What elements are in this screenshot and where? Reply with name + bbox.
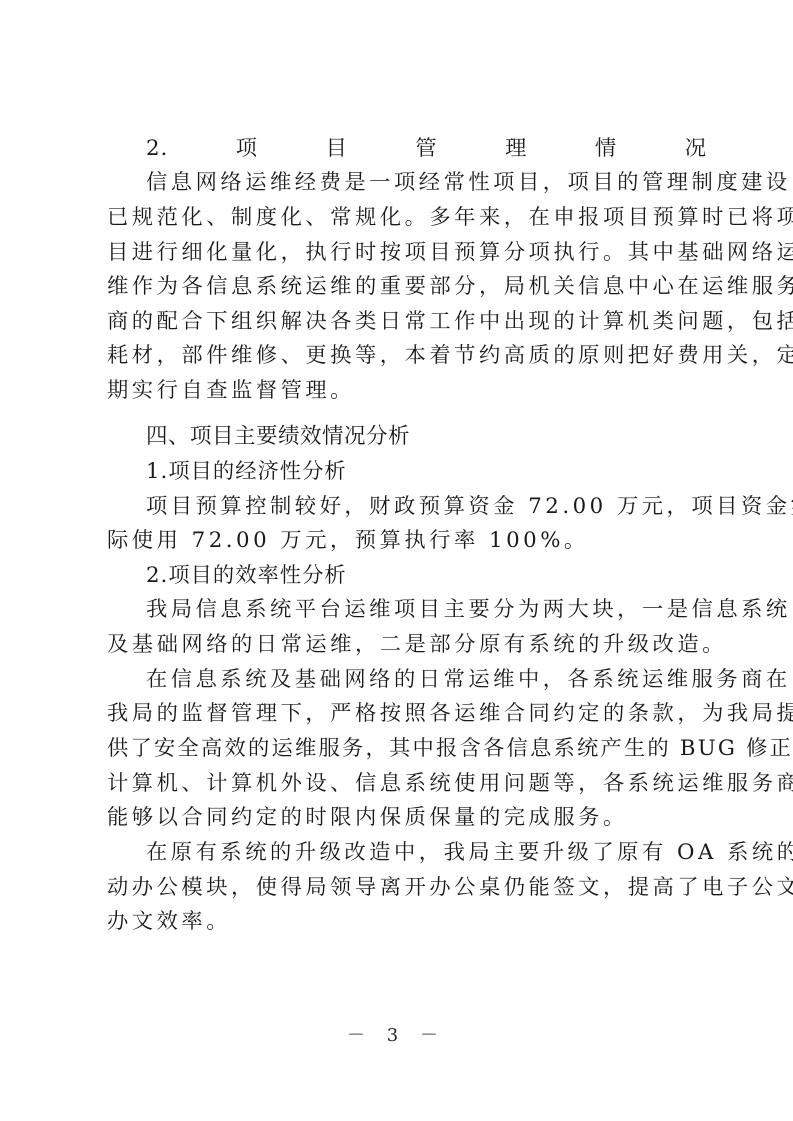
- page-number: － 3 －: [0, 1022, 793, 1050]
- paragraph-line: 目进行细化量化，执行时按项目预算分项执行。其中基础网络运: [107, 236, 707, 270]
- subsection-heading-efficiency-analysis: 2.项目的效率性分析: [146, 559, 707, 593]
- paragraph-line: 供了安全高效的运维服务，其中报含各信息系统产生的 BUG 修正、: [107, 732, 707, 766]
- paragraph-line: 耗材，部件维修、更换等，本着节约高质的原则把好费用关，定: [107, 339, 707, 373]
- chapter-heading-performance-analysis: 四、项目主要绩效情况分析: [146, 420, 707, 454]
- paragraph-line: 计算机、计算机外设、信息系统使用问题等，各系统运维服务商: [107, 767, 707, 801]
- paragraph-line: 期实行自查监督管理。: [107, 374, 707, 408]
- paragraph-line: 维作为各信息系统运维的重要部分，局机关信息中心在运维服务: [107, 270, 707, 304]
- section-heading-project-management: 2.项目管理情况: [146, 132, 707, 166]
- paragraph-line: 已规范化、制度化、常规化。多年来，在申报项目预算时已将项: [107, 201, 707, 235]
- paragraph-line: 我局信息系统平台运维项目主要分为两大块，一是信息系统: [146, 593, 707, 627]
- paragraph-line: 我局的监督管理下，严格按照各运维合同约定的条款，为我局提: [107, 697, 707, 731]
- paragraph-line: 在信息系统及基础网络的日常运维中，各系统运维服务商在: [146, 663, 707, 697]
- paragraph-line: 项目预算控制较好，财政预算资金 72.00 万元，项目资金实: [146, 490, 707, 524]
- paragraph-line: 在原有系统的升级改造中，我局主要升级了原有 OA 系统的移: [146, 836, 707, 870]
- paragraph-line: 办文效率。: [107, 905, 707, 939]
- paragraph-line: 及基础网络的日常运维，二是部分原有系统的升级改造。: [107, 628, 707, 662]
- paragraph-line: 能够以合同约定的时限内保质保量的完成服务。: [107, 801, 707, 835]
- document-page: 2.项目管理情况 信息网络运维经费是一项经常性项目，项目的管理制度建设 已规范化…: [0, 0, 793, 1121]
- paragraph-line: 信息网络运维经费是一项经常性项目，项目的管理制度建设: [146, 166, 707, 200]
- subsection-heading-economy-analysis: 1.项目的经济性分析: [146, 455, 707, 489]
- paragraph-line: 动办公模块，使得局领导离开办公桌仍能签文，提高了电子公文: [107, 871, 707, 905]
- paragraph-line: 商的配合下组织解决各类日常工作中出现的计算机类问题，包括: [107, 305, 707, 339]
- paragraph-line: 际使用 72.00 万元，预算执行率 100%。: [107, 524, 707, 558]
